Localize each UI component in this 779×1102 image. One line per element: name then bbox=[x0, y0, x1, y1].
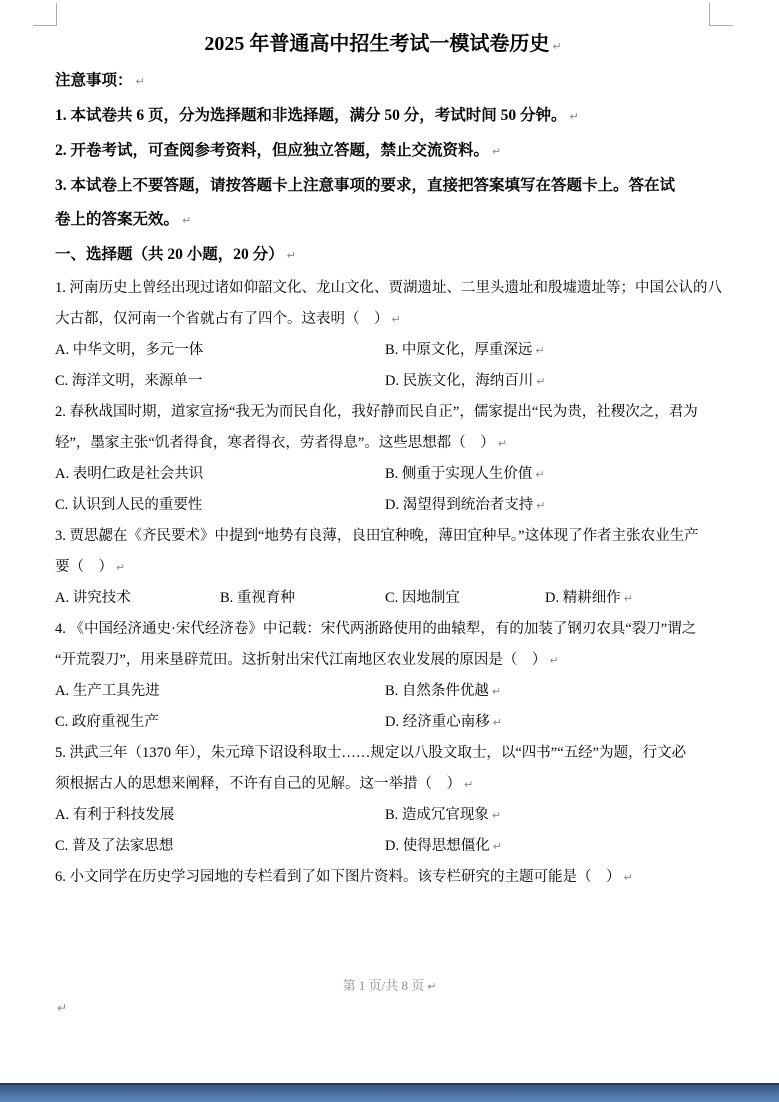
return-mark-icon: ↵ bbox=[536, 375, 545, 388]
return-mark-icon: ↵ bbox=[549, 654, 558, 667]
return-mark-icon: ↵ bbox=[116, 561, 125, 574]
return-mark-icon: ↵ bbox=[57, 1001, 67, 1015]
question-stem-text: 1. 河南历史上曾经出现过诸如仰韶文化、龙山文化、贾湖遗址、二里头遗址和殷墟遗址… bbox=[55, 280, 722, 296]
question-block: 2. 春秋战国时期，道家宣扬“我无为而民自化，我好静而民自正”，儒家提出“民为贵… bbox=[55, 397, 711, 521]
notice-line-text: 1. 本试卷共 6 页，分为选择题和非选择题，满分 50 分，考试时间 50 分… bbox=[55, 107, 567, 124]
question-option-text: B. 造成冗官现象 bbox=[385, 807, 489, 823]
question-option-text: B. 侧重于实现人生价值 bbox=[385, 466, 532, 482]
question-option-text: A. 表明仁政是社会共识 bbox=[55, 466, 203, 482]
return-mark-icon: ↵ bbox=[535, 344, 544, 357]
page-number-text: 第 1 页/共 8 页 bbox=[343, 978, 425, 993]
question-option: C. 因地制宜 bbox=[385, 583, 545, 614]
question-option: A. 中华文明，多元一体 bbox=[55, 335, 385, 366]
question-option: B. 重视育种 bbox=[220, 583, 385, 614]
options-grid: A. 中华文明，多元一体B. 中原文化，厚重深远↵C. 海洋文明，来源单一D. … bbox=[55, 335, 711, 397]
section-heading: 一、选择题（共 20 小题，20 分）↵ bbox=[55, 238, 711, 273]
notice-list: 1. 本试卷共 6 页，分为选择题和非选择题，满分 50 分，考试时间 50 分… bbox=[55, 99, 711, 238]
options-grid: A. 表明仁政是社会共识B. 侧重于实现人生价值↵C. 认识到人民的重要性D. … bbox=[55, 459, 711, 521]
return-mark-icon: ↵ bbox=[427, 980, 436, 993]
question-option: A. 讲究技术 bbox=[55, 583, 220, 614]
question-stem-line: 5. 洪武三年（1370 年），朱元璋下诏设科取士……规定以八股文取士，以“四书… bbox=[55, 738, 711, 769]
crop-mark-top-left-horizontal bbox=[33, 25, 57, 26]
notice-line: 3. 本试卷上不要答题，请按答题卡上注意事项的要求，直接把答案填写在答题卡上。答… bbox=[55, 169, 711, 203]
question-option: A. 表明仁政是社会共识 bbox=[55, 459, 385, 490]
return-mark-icon: ↵ bbox=[182, 214, 191, 227]
question-option-text: D. 使得思想僵化 bbox=[385, 838, 490, 854]
question-block: 5. 洪武三年（1370 年），朱元璋下诏设科取士……规定以八股文取士，以“四书… bbox=[55, 738, 711, 862]
question-option-text: D. 民族文化，海纳百川 bbox=[385, 373, 533, 389]
question-block: 3. 贾思勰在《齐民要术》中提到“地势有良薄，良田宜种晚，薄田宜种早。”这体现了… bbox=[55, 521, 711, 614]
question-option: D. 经济重心南移↵ bbox=[385, 707, 711, 738]
question-stem-text: 须根据古人的思想来阐释，不许有自己的见解。这一举措（ ） bbox=[55, 776, 461, 792]
options-grid: A. 有利于科技发展B. 造成冗官现象↵C. 普及了法家思想D. 使得思想僵化↵ bbox=[55, 800, 711, 862]
return-mark-icon: ↵ bbox=[498, 437, 507, 450]
question-option-text: C. 认识到人民的重要性 bbox=[55, 497, 202, 513]
question-option-text: D. 渴望得到统治者支持 bbox=[385, 497, 533, 513]
question-option-text: C. 海洋文明，来源单一 bbox=[55, 373, 202, 389]
question-option-text: B. 重视育种 bbox=[220, 590, 295, 606]
question-stem-text: 6. 小文同学在历史学习园地的专栏看到了如下图片资料。该专栏研究的主题可能是（ … bbox=[55, 869, 621, 885]
return-mark-icon: ↵ bbox=[624, 871, 633, 884]
question-stem-text: 2. 春秋战国时期，道家宣扬“我无为而民自化，我好静而民自正”，儒家提出“民为贵… bbox=[55, 404, 698, 420]
question-option: B. 侧重于实现人生价值↵ bbox=[385, 459, 711, 490]
document-page: { "page": { "title": "2025 年普通高中招生考试一模试卷… bbox=[0, 0, 779, 1102]
return-mark-icon: ↵ bbox=[392, 313, 401, 326]
question-stem-line: 大古都，仅河南一个省就占有了四个。这表明（ ）↵ bbox=[55, 304, 711, 335]
return-mark-icon: ↵ bbox=[287, 249, 296, 262]
question-option: B. 中原文化，厚重深远↵ bbox=[385, 335, 711, 366]
window-bottom-bar bbox=[0, 1083, 779, 1102]
question-stem-line: 1. 河南历史上曾经出现过诸如仰韶文化、龙山文化、贾湖遗址、二里头遗址和殷墟遗址… bbox=[55, 273, 711, 304]
question-option: C. 政府重视生产 bbox=[55, 707, 385, 738]
question-option: C. 普及了法家思想 bbox=[55, 831, 385, 862]
question-option-text: C. 因地制宜 bbox=[385, 590, 460, 606]
notice-heading: 注意事项：↵ bbox=[55, 64, 711, 99]
crop-mark-top-right-horizontal bbox=[709, 25, 733, 26]
question-block: 6. 小文同学在历史学习园地的专栏看到了如下图片资料。该专栏研究的主题可能是（ … bbox=[55, 862, 711, 893]
question-option: D. 使得思想僵化↵ bbox=[385, 831, 711, 862]
question-stem-text: 要（ ） bbox=[55, 559, 113, 575]
page-title-text: 2025 年普通高中招生考试一模试卷历史 bbox=[204, 33, 549, 55]
notice-line: 1. 本试卷共 6 页，分为选择题和非选择题，满分 50 分，考试时间 50 分… bbox=[55, 99, 711, 134]
question-option: D. 民族文化，海纳百川↵ bbox=[385, 366, 711, 397]
return-mark-icon: ↵ bbox=[552, 40, 561, 53]
question-block: 4. 《中国经济通史·宋代经济卷》中记载：宋代两浙路使用的曲辕犁，有的加装了钢刃… bbox=[55, 614, 711, 738]
notice-line: 卷上的答案无效。↵ bbox=[55, 203, 711, 238]
notice-line-text: 3. 本试卷上不要答题，请按答题卡上注意事项的要求，直接把答案填写在答题卡上。答… bbox=[55, 177, 675, 194]
return-mark-icon: ↵ bbox=[492, 685, 501, 698]
page-footer: 第 1 页/共 8 页↵ bbox=[0, 976, 779, 997]
notice-heading-text: 注意事项： bbox=[55, 72, 133, 89]
document-body: 2025 年普通高中招生考试一模试卷历史↵ 注意事项：↵ 1. 本试卷共 6 页… bbox=[55, 0, 711, 893]
question-stem-text: “开荒裂刀”，用来垦辟荒田。这折射出宋代江南地区农业发展的原因是（ ） bbox=[55, 652, 546, 668]
return-mark-icon: ↵ bbox=[570, 110, 579, 123]
return-mark-icon: ↵ bbox=[536, 499, 545, 512]
question-option-text: C. 普及了法家思想 bbox=[55, 838, 173, 854]
question-stem-text: 大古都，仅河南一个省就占有了四个。这表明（ ） bbox=[55, 311, 389, 327]
question-option: D. 精耕细作↵ bbox=[545, 583, 711, 614]
notice-line-text: 2. 开卷考试，可查阅参考资料，但应独立答题，禁止交流资料。 bbox=[55, 142, 489, 159]
question-option-text: D. 经济重心南移 bbox=[385, 714, 490, 730]
question-stem-text: 轻”，墨家主张“饥者得食，寒者得衣，劳者得息”。这些思想都（ ） bbox=[55, 435, 495, 451]
question-option-text: B. 自然条件优越 bbox=[385, 683, 489, 699]
options-grid: A. 讲究技术B. 重视育种C. 因地制宜D. 精耕细作↵ bbox=[55, 583, 711, 614]
return-mark-icon: ↵ bbox=[464, 778, 473, 791]
question-option: A. 有利于科技发展 bbox=[55, 800, 385, 831]
return-mark-icon: ↵ bbox=[535, 468, 544, 481]
question-stem-text: 3. 贾思勰在《齐民要术》中提到“地势有良薄，良田宜种晚，薄田宜种早。”这体现了… bbox=[55, 528, 699, 544]
question-stem-line: 要（ ）↵ bbox=[55, 552, 711, 583]
page-title: 2025 年普通高中招生考试一模试卷历史↵ bbox=[55, 27, 711, 64]
question-block: 1. 河南历史上曾经出现过诸如仰韶文化、龙山文化、贾湖遗址、二里头遗址和殷墟遗址… bbox=[55, 273, 711, 397]
question-option-text: D. 精耕细作 bbox=[545, 590, 621, 606]
question-stem-line: 轻”，墨家主张“饥者得食，寒者得衣，劳者得息”。这些思想都（ ）↵ bbox=[55, 428, 711, 459]
questions: 1. 河南历史上曾经出现过诸如仰韶文化、龙山文化、贾湖遗址、二里头遗址和殷墟遗址… bbox=[55, 273, 711, 893]
question-option-text: A. 生产工具先进 bbox=[55, 683, 160, 699]
question-option: D. 渴望得到统治者支持↵ bbox=[385, 490, 711, 521]
section-heading-text: 一、选择题（共 20 小题，20 分） bbox=[55, 246, 284, 263]
question-option-text: A. 中华文明，多元一体 bbox=[55, 342, 203, 358]
return-mark-icon: ↵ bbox=[136, 75, 145, 88]
question-stem-line: 6. 小文同学在历史学习园地的专栏看到了如下图片资料。该专栏研究的主题可能是（ … bbox=[55, 862, 711, 893]
return-mark-icon: ↵ bbox=[493, 716, 502, 729]
return-mark-icon: ↵ bbox=[492, 809, 501, 822]
question-option: A. 生产工具先进 bbox=[55, 676, 385, 707]
return-mark-icon: ↵ bbox=[492, 145, 501, 158]
question-option: B. 自然条件优越↵ bbox=[385, 676, 711, 707]
question-stem-text: 4. 《中国经济通史·宋代经济卷》中记载：宋代两浙路使用的曲辕犁，有的加装了钢刃… bbox=[55, 621, 696, 637]
question-stem-text: 5. 洪武三年（1370 年），朱元璋下诏设科取士……规定以八股文取士，以“四书… bbox=[55, 745, 686, 761]
question-option: B. 造成冗官现象↵ bbox=[385, 800, 711, 831]
options-grid: A. 生产工具先进B. 自然条件优越↵C. 政府重视生产D. 经济重心南移↵ bbox=[55, 676, 711, 738]
question-stem-line: “开荒裂刀”，用来垦辟荒田。这折射出宋代江南地区农业发展的原因是（ ）↵ bbox=[55, 645, 711, 676]
return-mark-icon: ↵ bbox=[493, 840, 502, 853]
question-stem-line: 4. 《中国经济通史·宋代经济卷》中记载：宋代两浙路使用的曲辕犁，有的加装了钢刃… bbox=[55, 614, 711, 645]
question-option: C. 海洋文明，来源单一 bbox=[55, 366, 385, 397]
question-option-text: A. 有利于科技发展 bbox=[55, 807, 174, 823]
return-mark-icon: ↵ bbox=[624, 592, 633, 605]
notice-line: 2. 开卷考试，可查阅参考资料，但应独立答题，禁止交流资料。↵ bbox=[55, 134, 711, 169]
question-stem-line: 2. 春秋战国时期，道家宣扬“我无为而民自化，我好静而民自正”，儒家提出“民为贵… bbox=[55, 397, 711, 428]
question-stem-line: 须根据古人的思想来阐释，不许有自己的见解。这一举措（ ）↵ bbox=[55, 769, 711, 800]
question-stem-line: 3. 贾思勰在《齐民要术》中提到“地势有良薄，良田宜种晚，薄田宜种早。”这体现了… bbox=[55, 521, 711, 552]
question-option-text: B. 中原文化，厚重深远 bbox=[385, 342, 532, 358]
notice-line-text: 卷上的答案无效。 bbox=[55, 211, 179, 228]
question-option: C. 认识到人民的重要性 bbox=[55, 490, 385, 521]
question-option-text: C. 政府重视生产 bbox=[55, 714, 159, 730]
question-option-text: A. 讲究技术 bbox=[55, 590, 131, 606]
